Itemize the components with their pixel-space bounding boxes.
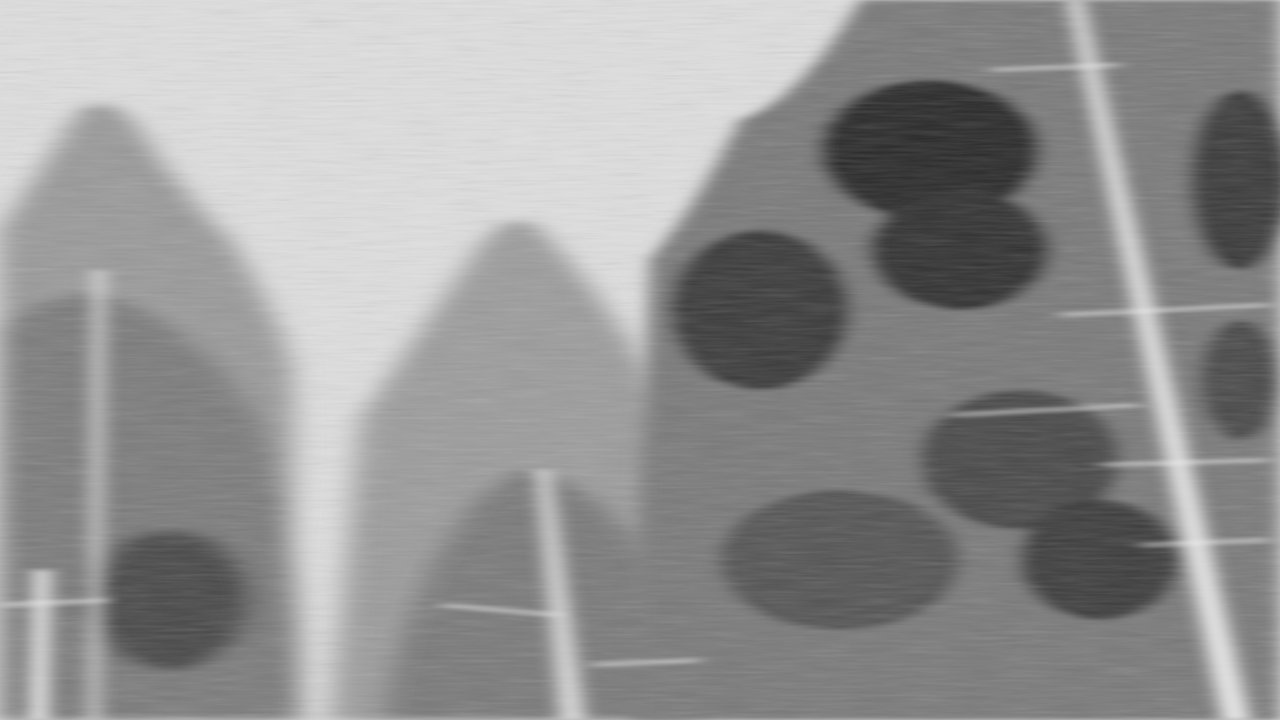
motion-grain [0,0,1280,720]
forest-photo [0,0,1280,720]
photo-scene: Black-and-white, horizontally motion-blu… [0,0,1280,720]
